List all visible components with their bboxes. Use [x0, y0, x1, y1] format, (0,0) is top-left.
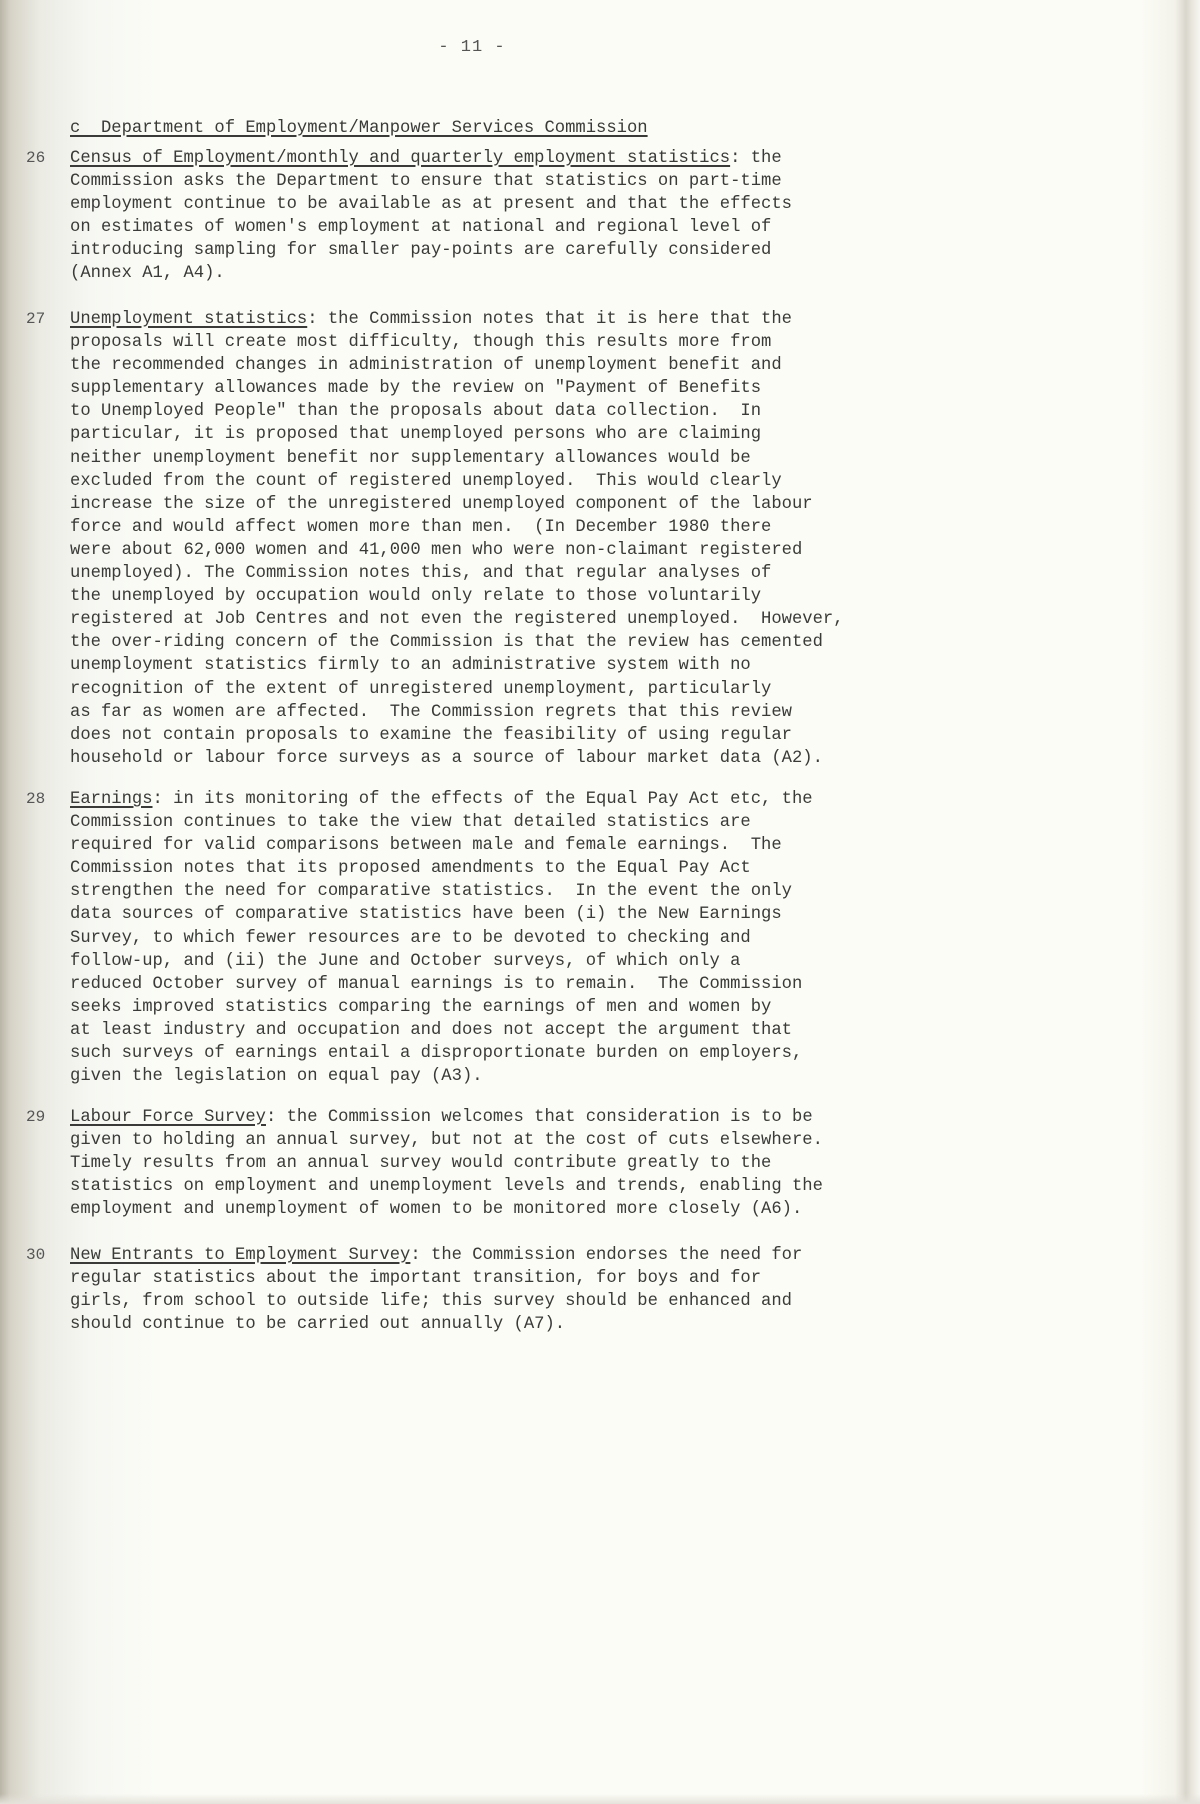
paragraph-line: proposals will create most difficulty, t… — [70, 333, 771, 352]
paragraph-line: particular, it is proposed that unemploy… — [70, 425, 761, 444]
paragraph-line: the recommended changes in administratio… — [70, 356, 782, 375]
paragraph-line: to Unemployed People" than the proposals… — [70, 402, 761, 421]
paragraph-body: Earnings: in its monitoring of the effec… — [70, 788, 1080, 1088]
paragraph-line: recognition of the extent of unregistere… — [70, 680, 771, 699]
paragraph-line: were about 62,000 women and 41,000 men w… — [70, 541, 802, 560]
paragraph-line: required for valid comparisons between m… — [70, 836, 782, 855]
paragraph-body: Census of Employment/monthly and quarter… — [70, 147, 1080, 286]
paragraph-number: 27 — [26, 308, 45, 331]
paragraph-line: supplementary allowances made by the rev… — [70, 379, 761, 398]
paragraph-title: Earnings — [70, 790, 153, 809]
paragraph-title: Census of Employment/monthly and quarter… — [70, 149, 730, 168]
paragraph-line: : the Commission welcomes that considera… — [266, 1108, 813, 1127]
paragraph-title: Unemployment statistics — [70, 310, 307, 329]
paragraph-line: unemployed). The Commission notes this, … — [70, 564, 771, 583]
paragraph-line: introducing sampling for smaller pay-poi… — [70, 241, 771, 260]
paragraph-line: statistics on employment and unemploymen… — [70, 1177, 823, 1196]
paragraph-line: regular statistics about the important t… — [70, 1269, 761, 1288]
paragraph-line: Commission continues to take the view th… — [70, 813, 751, 832]
paragraph-line: : the — [730, 149, 782, 168]
paragraph-line: on estimates of women's employment at na… — [70, 218, 771, 237]
paragraph-line: girls, from school to outside life; this… — [70, 1292, 792, 1311]
paragraph-line: given to holding an annual survey, but n… — [70, 1131, 823, 1150]
paragraph-line: data sources of comparative statistics h… — [70, 905, 782, 924]
paragraph-line: : in its monitoring of the effects of th… — [153, 790, 813, 809]
paragraph-line: (Annex A1, A4). — [70, 264, 225, 283]
paragraph-line: employment continue to be available as a… — [70, 195, 792, 214]
paragraph-number: 26 — [26, 147, 45, 170]
paragraph-line: strengthen the need for comparative stat… — [70, 882, 792, 901]
paragraph-line: as far as women are affected. The Commis… — [70, 703, 792, 722]
paragraph-line: Survey, to which fewer resources are to … — [70, 929, 751, 948]
paragraph-title: New Entrants to Employment Survey — [70, 1246, 410, 1265]
paragraph-line: follow-up, and (ii) the June and October… — [70, 952, 740, 971]
paragraph-line: Commission asks the Department to ensure… — [70, 172, 782, 191]
paragraph-line: reduced October survey of manual earning… — [70, 975, 802, 994]
paragraph-line: Commission notes that its proposed amend… — [70, 859, 751, 878]
paragraph-line: given the legislation on equal pay (A3). — [70, 1067, 483, 1086]
paragraph-line: force and would affect women more than m… — [70, 518, 771, 537]
page-number: - 11 - — [392, 38, 552, 57]
paragraph-line: such surveys of earnings entail a dispro… — [70, 1044, 802, 1063]
paragraph-line: should continue to be carried out annual… — [70, 1315, 565, 1334]
paragraph-line: : the Commission notes that it is here t… — [307, 310, 792, 329]
paragraph-line: employment and unemployment of women to … — [70, 1200, 802, 1219]
paragraph-line: seeks improved statistics comparing the … — [70, 998, 771, 1017]
paragraph-line: unemployment statistics firmly to an adm… — [70, 656, 751, 675]
paragraph-line: the over-riding concern of the Commissio… — [70, 633, 823, 652]
paragraph-line: at least industry and occupation and doe… — [70, 1021, 792, 1040]
paragraph-title: Labour Force Survey — [70, 1108, 266, 1127]
document-page: - 11 - c Department of Employment/Manpow… — [0, 0, 1200, 1804]
paragraph-line: the unemployed by occupation would only … — [70, 587, 761, 606]
section-heading: c Department of Employment/Manpower Serv… — [70, 117, 648, 140]
paragraph-line: increase the size of the unregistered un… — [70, 495, 813, 514]
paragraph-line: : the Commission endorses the need for — [410, 1246, 802, 1265]
paragraph-body: Labour Force Survey: the Commission welc… — [70, 1106, 1080, 1221]
paragraph-line: registered at Job Centres and not even t… — [70, 610, 844, 629]
paragraph-line: excluded from the count of registered un… — [70, 472, 782, 491]
paragraph-line: household or labour force surveys as a s… — [70, 749, 823, 768]
paragraph-body: Unemployment statistics: the Commission … — [70, 308, 1080, 770]
paragraph-line: does not contain proposals to examine th… — [70, 726, 792, 745]
paragraph-line: neither unemployment benefit nor supplem… — [70, 449, 751, 468]
paragraph-line: Timely results from an annual survey wou… — [70, 1154, 771, 1173]
paragraph-number: 30 — [26, 1244, 45, 1267]
paragraph-number: 28 — [26, 788, 45, 811]
paragraph-body: New Entrants to Employment Survey: the C… — [70, 1244, 1080, 1336]
paragraph-number: 29 — [26, 1106, 45, 1129]
